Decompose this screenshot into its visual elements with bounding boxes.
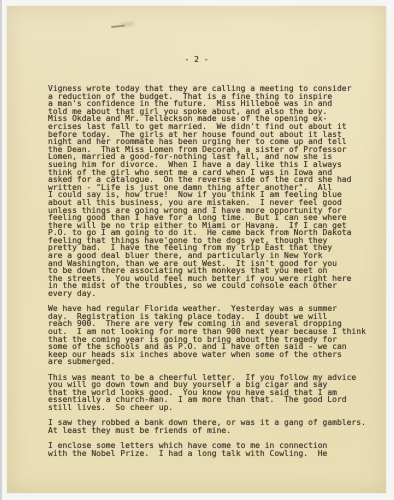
page-number: - 2 -: [7, 56, 386, 64]
pencil-smudge-mark: [111, 22, 132, 30]
paragraph-2: We have had regular Florida weather. Yes…: [48, 305, 366, 366]
scanned-letter-page: - 2 - Vigness wrote today that they are …: [0, 0, 394, 500]
letter-body: Vigness wrote today that they are callin…: [48, 85, 366, 465]
paragraph-4: I saw they robbed a bank down there, or …: [48, 419, 366, 434]
paragraph-5: I enclose some letters which have come t…: [48, 442, 366, 457]
letter-paper: - 2 - Vigness wrote today that they are …: [7, 6, 386, 493]
scan-edge: [0, 0, 2, 500]
paragraph-1: Vigness wrote today that they are callin…: [48, 85, 366, 298]
paragraph-3: This was meant to be a cheerful letter. …: [48, 374, 366, 412]
